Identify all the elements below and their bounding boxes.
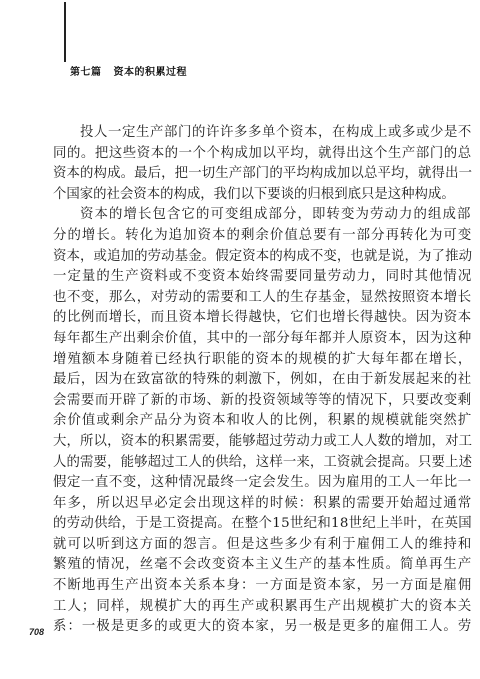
text-line: 假定一直不变，这种情况最终一定会发生。因为雇用的工人一年比一 xyxy=(53,473,472,494)
part-label: 第七篇 xyxy=(70,67,102,78)
text-line: 资本，或追加的劳动基金。假定资本的构成不变，也就是说，为了推动 xyxy=(53,247,472,268)
chapter-title: 资本的积累过程 xyxy=(113,67,187,78)
text-line: 增殖额本身随着已经执行职能的资本的规模的扩大每年都在增长， xyxy=(53,350,472,371)
text-line: 的劳动供给，于是工资提高。在整个15世纪和18世纪上半叶，在英国 xyxy=(53,514,472,535)
margin-rule xyxy=(64,2,66,62)
text-line: 年多，所以迟早必定会出现这样的时候：积累的需要开始超过通常 xyxy=(53,494,472,515)
text-line: 大，所以，资本的积累需要，能够超过劳动力或工人人数的增加，对工 xyxy=(53,432,472,453)
text-line: 就可以听到这方面的怨言。但是这些多少有利于雇佣工人的维持和 xyxy=(53,535,472,556)
text-line: 人的需要，能够超过工人的供给，这样一来，工资就会提高。只要上述 xyxy=(53,453,472,474)
book-page: 第七篇 资本的积累过程 投人一定生产部门的许许多多单个资本，在构成上或多或少是不… xyxy=(0,0,480,679)
text-line: 分的增长。转化为追加资本的剩余价值总要有一部分再转化为可变 xyxy=(53,226,472,247)
running-head: 第七篇 资本的积累过程 xyxy=(70,63,187,78)
text-line: 不断地再生产出资本关系本身：一方面是资本家，另一方面是雇佣 xyxy=(53,576,472,597)
text-line: 也不变，那么，对劳动的需要和工人的生存基金，显然按照资本增长 xyxy=(53,288,472,309)
text-line: 繁殖的情况，丝毫不会改变资本主义生产的基本性质。简单再生产 xyxy=(53,555,472,576)
text-line: 资本的增长包含它的可变组成部分，即转变为劳动力的组成部 xyxy=(53,205,472,226)
page-number: 708 xyxy=(29,627,44,637)
text-line: 每年都生产出剩余价值，其中的一部分每年都并人原资本，因为这种 xyxy=(53,329,472,350)
text-line: 工人；同样，规模扩大的再生产或积累再生产出规模扩大的资本关 xyxy=(53,597,472,618)
text-line: 资本的构成。最后，把一切生产部门的平均构成加以总平均，就得出一 xyxy=(53,164,472,185)
text-line: 余价值或剩余产品分为资本和收人的比例，积累的规模就能突然扩 xyxy=(53,411,472,432)
text-line: 投人一定生产部门的许许多多单个资本，在构成上或多或少是不 xyxy=(53,123,472,144)
text-line: 一定量的生产资料或不变资本始终需要同量劳动力，同时其他情况 xyxy=(53,267,472,288)
text-line: 同的。把这些资本的一个个构成加以平均，就得出这个生产部门的总 xyxy=(53,144,472,165)
text-line: 最后，因为在致富欲的特殊的刺激下，例如，在由于新发展起来的社 xyxy=(53,370,472,391)
text-line: 系：一极是更多的或更大的资本家，另一极是更多的雇佣工人。劳 xyxy=(53,617,472,638)
text-line: 个国家的社会资本的构成，我们以下要谈的归根到底只是这种构成。 xyxy=(53,185,472,206)
text-line: 会需要而开辟了新的市场、新的投资领域等等的情况下，只要改变剩 xyxy=(53,391,472,412)
body-text: 投人一定生产部门的许许多多单个资本，在构成上或多或少是不同的。把这些资本的一个个… xyxy=(53,123,472,638)
text-line: 的比例而增长，而且资本增长得越快，它们也增长得越快。因为资本 xyxy=(53,308,472,329)
